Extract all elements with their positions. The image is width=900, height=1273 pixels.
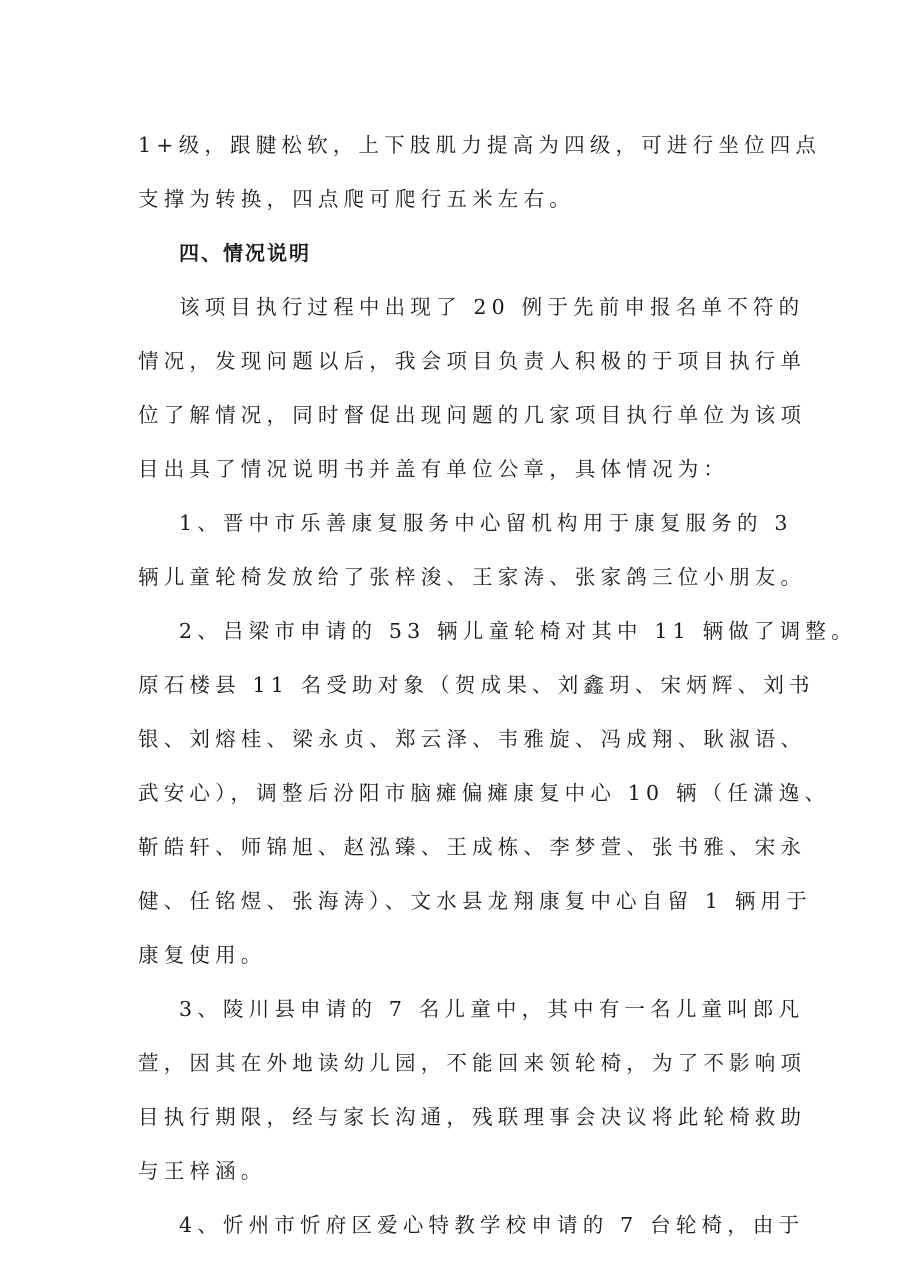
item-2-line: 武安心），调整后汾阳市脑瘫偏瘫康复中心 10 辆（任潇逸、 <box>138 766 768 820</box>
item-3-line: 目执行期限，经与家长沟通，残联理事会决议将此轮椅救助 <box>138 1090 768 1144</box>
item-1-line: 1、晋中市乐善康复服务中心留机构用于康复服务的 3 <box>138 496 768 550</box>
document-page: 1+级，跟腱松软，上下肢肌力提高为四级，可进行坐位四点 支撑为转换，四点爬可爬行… <box>138 118 768 1252</box>
intro-line: 情况，发现问题以后，我会项目负责人积极的于项目执行单 <box>138 334 768 388</box>
item-2-line: 健、任铭煜、张海涛）、文水县龙翔康复中心自留 1 辆用于 <box>138 874 768 928</box>
item-2-line: 康复使用。 <box>138 928 768 982</box>
item-2-line: 原石楼县 11 名受助对象（贺成果、刘鑫玥、宋炳辉、刘书 <box>138 658 768 712</box>
item-3-line: 与王梓涵。 <box>138 1144 768 1198</box>
intro-line: 目出具了情况说明书并盖有单位公章，具体情况为： <box>138 442 768 496</box>
body-text-line: 1+级，跟腱松软，上下肢肌力提高为四级，可进行坐位四点 <box>138 118 768 172</box>
item-2-line: 2、吕梁市申请的 53 辆儿童轮椅对其中 11 辆做了调整。 <box>138 604 768 658</box>
intro-line: 位了解情况，同时督促出现问题的几家项目执行单位为该项 <box>138 388 768 442</box>
body-text-line: 支撑为转换，四点爬可爬行五米左右。 <box>138 172 768 226</box>
item-1-line: 辆儿童轮椅发放给了张梓浚、王家涛、张家鸽三位小朋友。 <box>138 550 768 604</box>
item-3-line: 萱，因其在外地读幼儿园，不能回来领轮椅，为了不影响项 <box>138 1036 768 1090</box>
item-2-line: 靳皓轩、师锦旭、赵泓臻、王成栋、李梦萱、张书雅、宋永 <box>138 820 768 874</box>
item-3-line: 3、陵川县申请的 7 名儿童中，其中有一名儿童叫郎凡 <box>138 982 768 1036</box>
intro-line: 该项目执行过程中出现了 20 例于先前申报名单不符的 <box>138 280 768 334</box>
item-2-line: 银、刘熔桂、梁永贞、郑云泽、韦雅旋、冯成翔、耿淑语、 <box>138 712 768 766</box>
section-heading: 四、情况说明 <box>138 226 768 280</box>
item-4-line: 4、忻州市忻府区爱心特教学校申请的 7 台轮椅，由于 <box>138 1198 768 1252</box>
